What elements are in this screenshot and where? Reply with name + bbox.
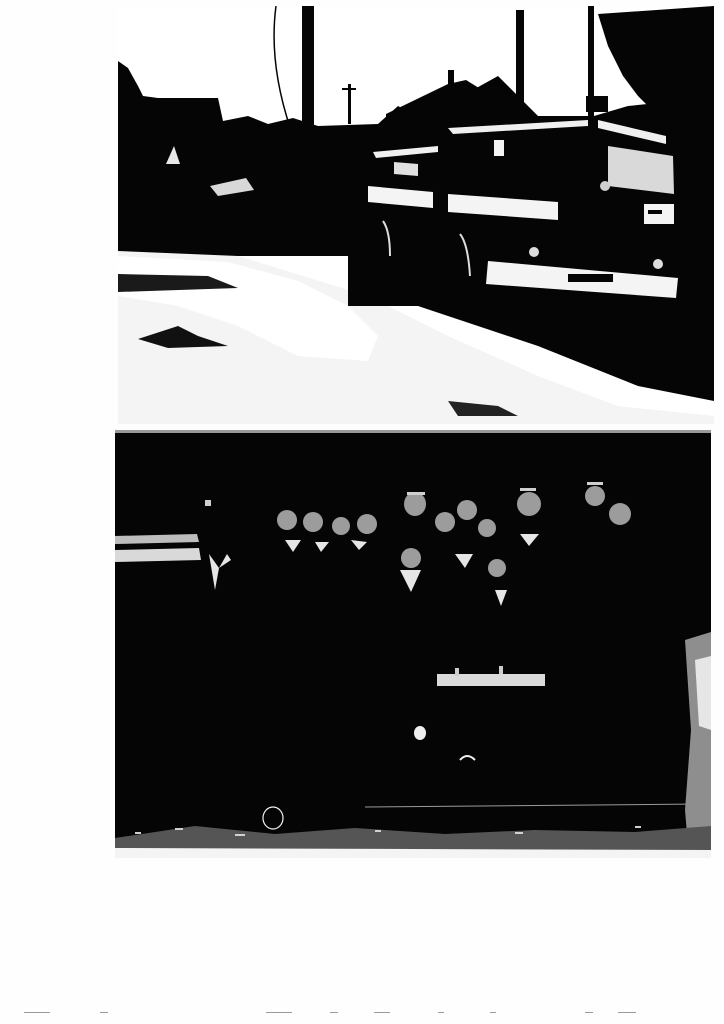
scan-mark: [438, 1012, 444, 1013]
scan-mark: [585, 1012, 593, 1013]
scan-mark: [100, 1012, 108, 1013]
photo-fire-truck: Black-and-white photo of a parked fire t…: [118, 6, 714, 424]
scan-artifact-marks: [0, 1012, 724, 1018]
scan-mark: [24, 1012, 50, 1013]
scanned-page: Black-and-white photo of a parked fire t…: [0, 0, 724, 1024]
scan-mark: [490, 1012, 496, 1013]
fire-truck-image: [118, 6, 714, 424]
scan-mark: [618, 1012, 636, 1013]
group-photo-image: [115, 430, 711, 858]
photo-group-firemen: Black-and-white group photo of uniformed…: [115, 430, 711, 858]
scan-mark: [330, 1012, 338, 1013]
scan-mark: [266, 1012, 292, 1013]
scan-mark: [374, 1012, 390, 1013]
